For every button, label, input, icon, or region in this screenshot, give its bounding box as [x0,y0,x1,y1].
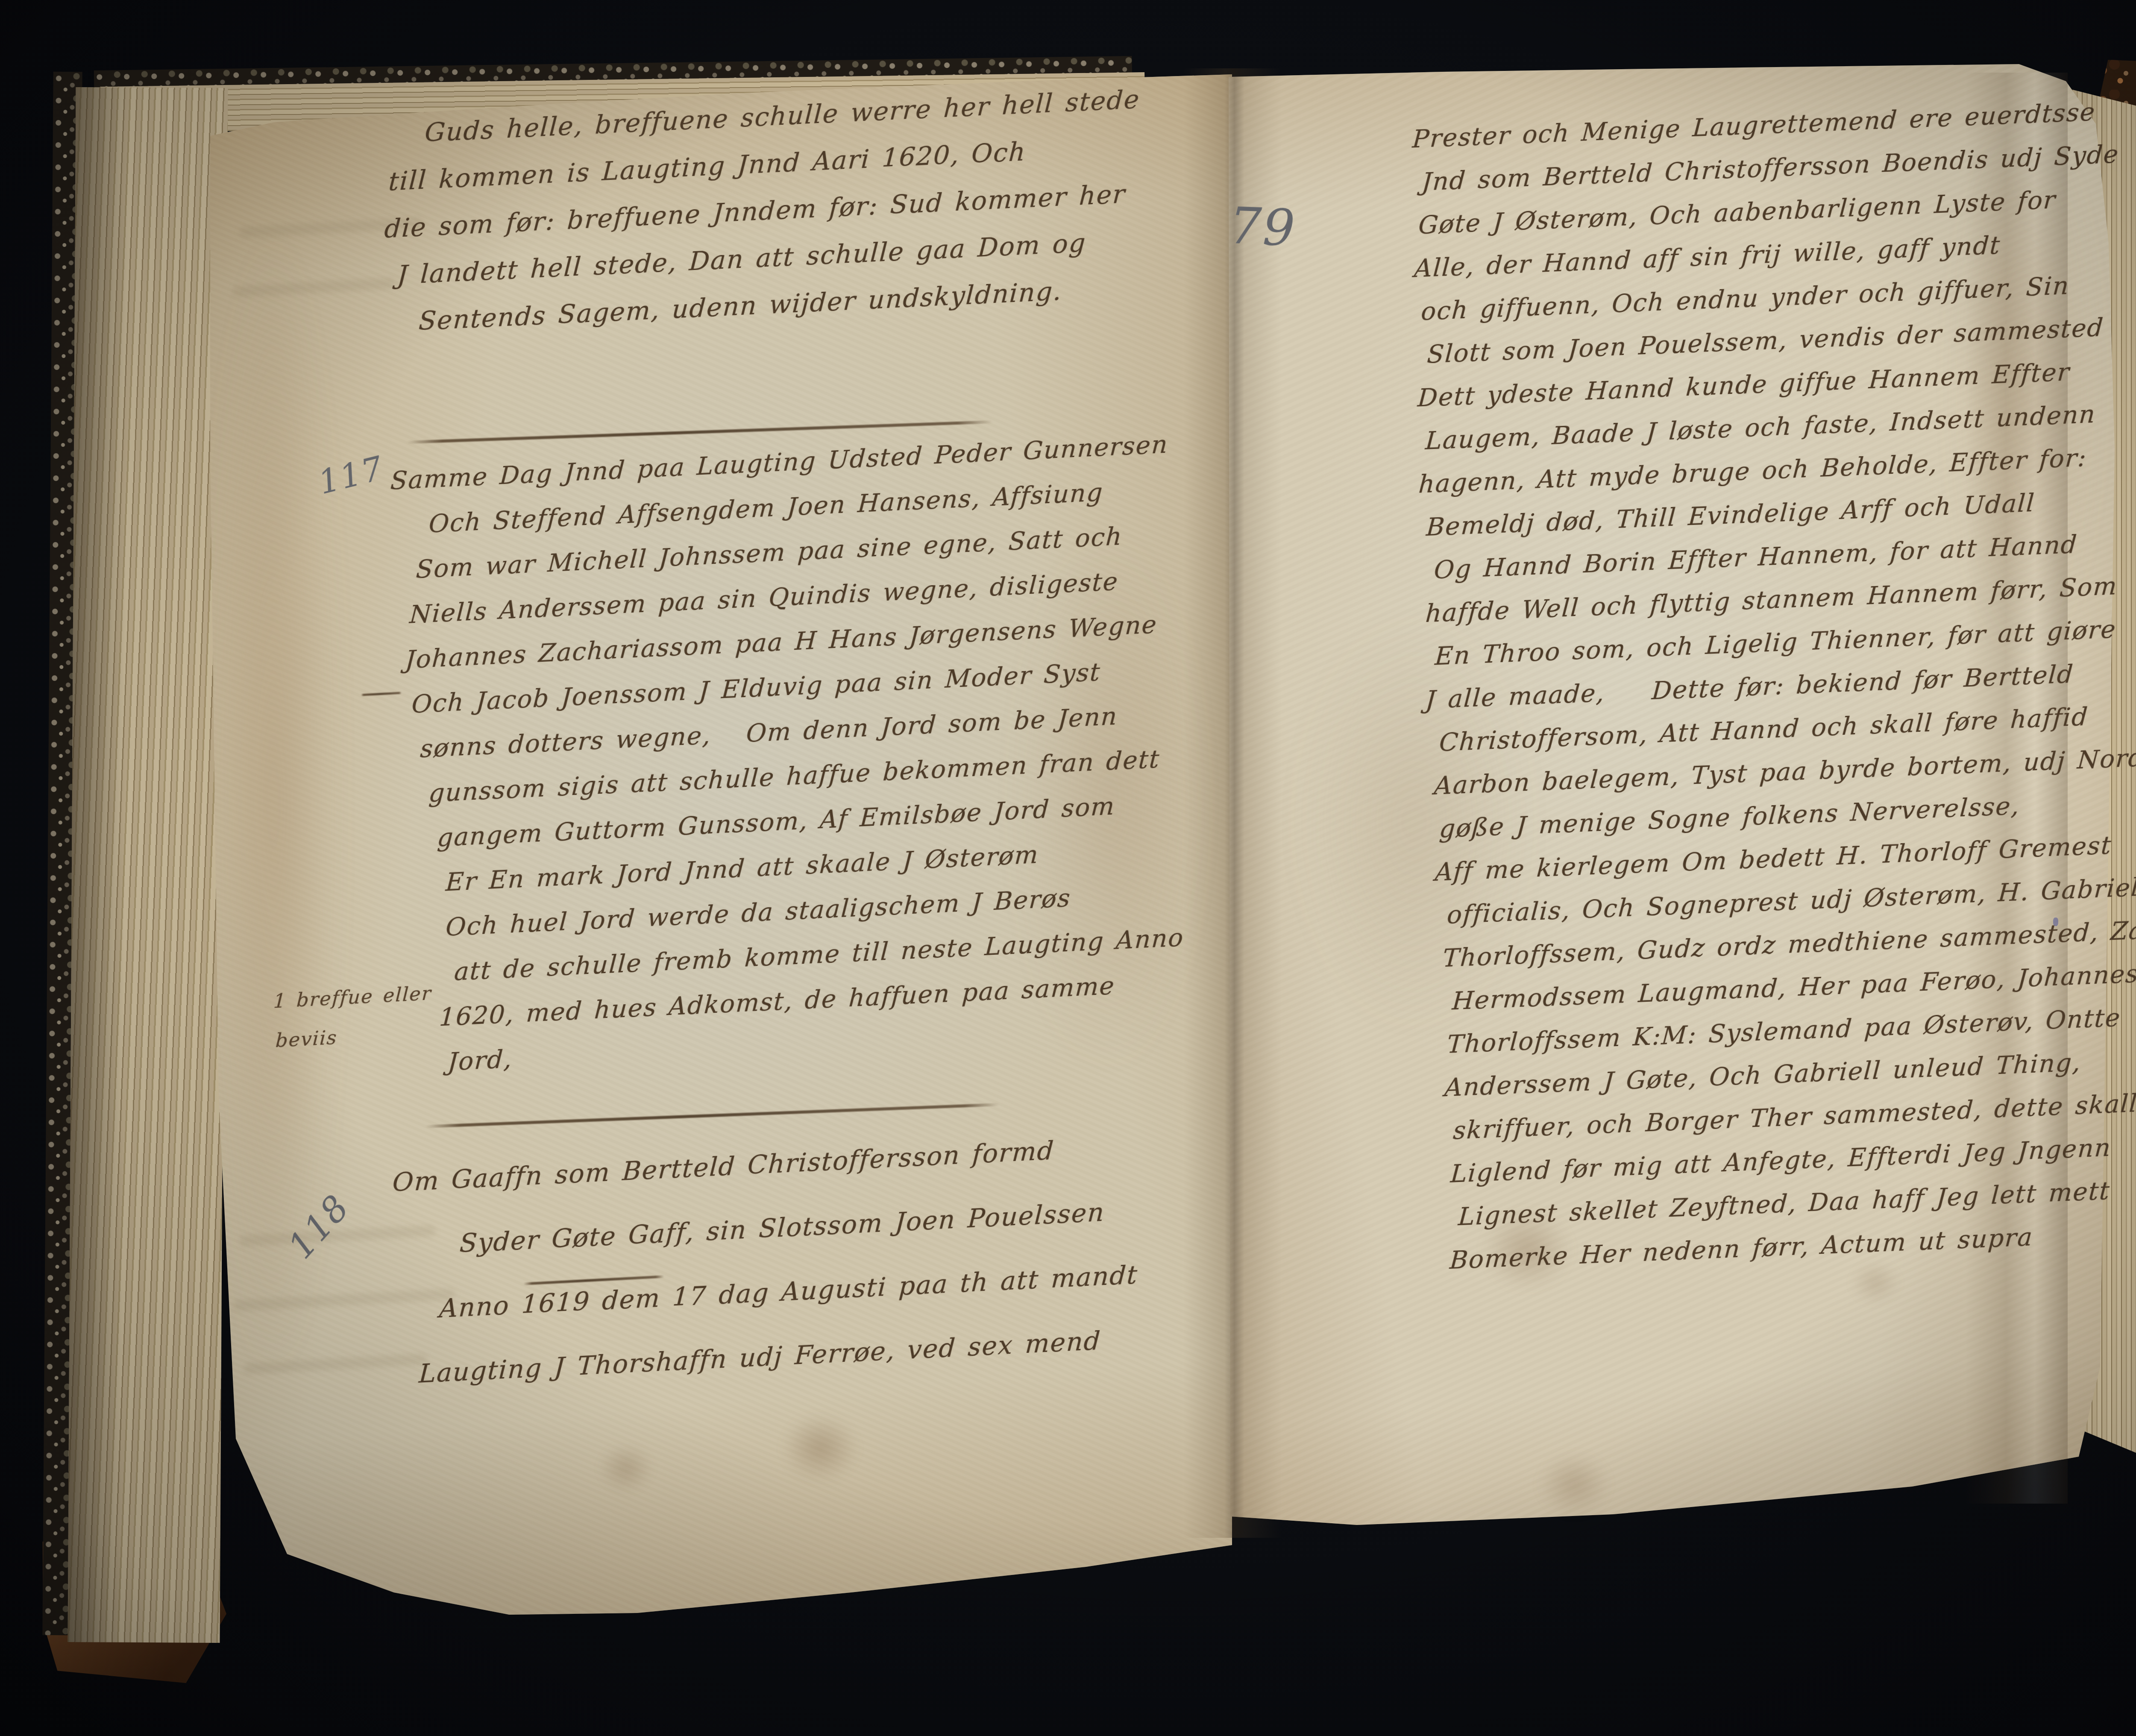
folio-number: 79 [1229,196,1297,257]
page-edges-left [67,87,228,1643]
left-top-paragraph: Guds helle, breffuene schulle werre her … [376,85,1147,355]
text-line: beviis [274,1021,434,1069]
margin-note: 1 breffue eller beviis [270,982,432,1069]
right-paragraph: Prester och Menige Laugrettemend ere eue… [1409,93,2136,1289]
gutter-shadow [1183,68,1282,1538]
manuscript-photo: Guds helle, breffuene schulle werre her … [0,0,2136,1736]
left-entry-118: Om Gaaffn som Bertteld Christoffersson f… [387,1132,1138,1424]
left-entry-117: Samme Dag Jnnd paa Laugting Udsted Peder… [387,430,1194,1094]
